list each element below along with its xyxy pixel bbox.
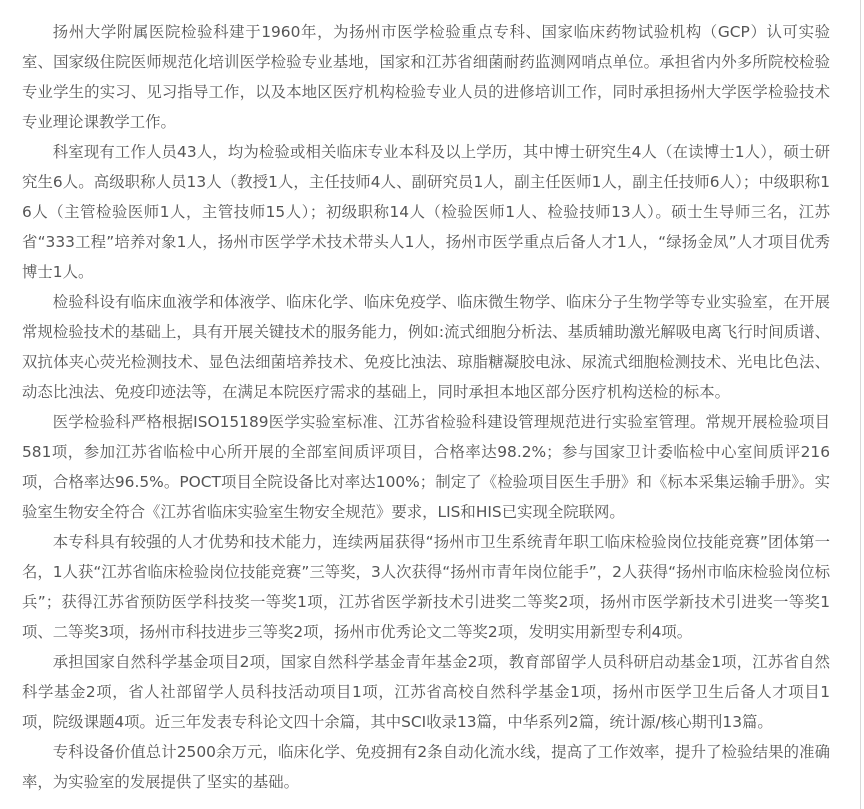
page-container: 扬州大学附属医院检验科建于1960年，为扬州市医学检验重点专科、国家临床药物试验… — [0, 0, 861, 809]
article-body: 扬州大学附属医院检验科建于1960年，为扬州市医学检验重点专科、国家临床药物试验… — [22, 17, 830, 797]
paragraph-awards: 本专科具有较强的人才优势和技术能力，连续两届获得“扬州市卫生系统青年职工临床检验… — [22, 527, 830, 647]
paragraph-research: 承担国家自然科学基金项目2项，国家自然科学基金青年基金2项，教育部留学人员科研启… — [22, 647, 830, 737]
paragraph-quality-management: 医学检验科严格根据ISO15189医学实验室标准、江苏省检验科建设管理规范进行实… — [22, 407, 830, 527]
paragraph-department-history: 扬州大学附属医院检验科建于1960年，为扬州市医学检验重点专科、国家临床药物试验… — [22, 17, 830, 137]
paragraph-staff: 科室现有工作人员43人，均为检验或相关临床专业本科及以上学历，其中博士研究生4人… — [22, 137, 830, 287]
paragraph-equipment: 专科设备价值总计2500余万元，临床化学、免疫拥有2条自动化流水线，提高了工作效… — [22, 737, 830, 797]
paragraph-laboratories: 检验科设有临床血液学和体液学、临床化学、临床免疫学、临床微生物学、临床分子生物学… — [22, 287, 830, 407]
